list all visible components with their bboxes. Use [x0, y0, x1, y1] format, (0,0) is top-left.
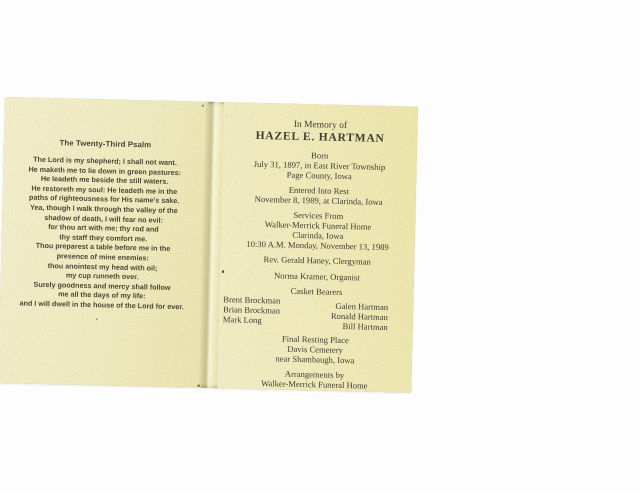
arrangements-group: Arrangements by Walker-Merrick Funeral H…	[217, 367, 411, 392]
bearer-name: Mark Long	[223, 314, 280, 325]
entered-into-rest-group: Entered Into Rest November 8, 1989, at C…	[222, 183, 416, 208]
bearer-name: Bill Hartman	[331, 321, 388, 332]
psalm-title: The Twenty-Third Psalm	[4, 137, 207, 152]
organist-group: Norma Kramer, Organist	[220, 269, 414, 284]
final-resting-place-group: Final Resting Place Davis Cemetery near …	[218, 332, 413, 367]
memorial-line: Rev. Gerald Haney, Clergyman	[220, 253, 414, 268]
casket-bearers-left-column: Brent Brockman Brian Brockman Mark Long	[223, 294, 281, 329]
psalm-text: The Lord is my shepherd; I shall not wan…	[0, 154, 207, 312]
ink-speck	[96, 318, 98, 320]
clergyman-group: Rev. Gerald Haney, Clergyman	[220, 253, 414, 268]
memorial-panel: In Memory of HAZEL E. HARTMAN Born July …	[217, 102, 418, 392]
services-group: Services From Walker-Merrick Funeral Hom…	[220, 208, 415, 253]
memorial-line: Norma Kramer, Organist	[220, 269, 414, 284]
psalm-panel: The Twenty-Third Psalm The Lord is my sh…	[0, 97, 208, 388]
ink-speck	[222, 270, 224, 273]
casket-bearers-columns: Brent Brockman Brian Brockman Mark Long …	[219, 294, 414, 333]
born-group: Born July 31, 1897, in East River Townsh…	[222, 148, 417, 183]
scan-page: { "colors": { "page_background": "#fdfdf…	[0, 0, 640, 494]
casket-bearers-right-column: Galen Hartman Ronald Hartman Bill Hartma…	[331, 301, 389, 332]
memorial-card: The Twenty-Third Psalm The Lord is my sh…	[0, 97, 418, 393]
ink-speck	[202, 105, 204, 107]
bearer-name: Ronald Hartman	[331, 311, 388, 322]
ink-speck	[197, 385, 200, 387]
